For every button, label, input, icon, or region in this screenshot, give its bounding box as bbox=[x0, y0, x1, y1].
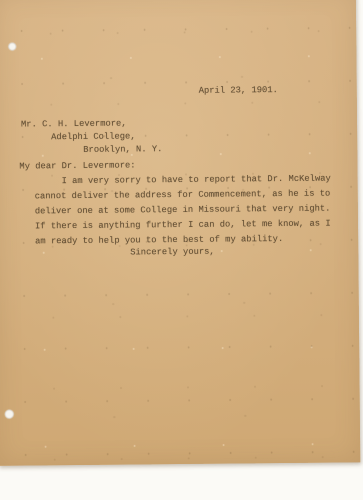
date-line: April 23, 1901. bbox=[199, 83, 278, 99]
closing-line: Sincerely yours, bbox=[130, 245, 215, 261]
letter-content: April 23, 1901. Mr. C. H. Levermore, Ade… bbox=[0, 0, 358, 464]
salutation-line: My dear Dr. Levermore: bbox=[19, 158, 135, 174]
letter-photo: April 23, 1901. Mr. C. H. Levermore, Ade… bbox=[0, 0, 363, 500]
punch-hole-top bbox=[8, 43, 16, 51]
recipient-city-line: Brooklyn, N. Y. bbox=[83, 142, 162, 158]
letter-body: I am very sorry to have to report that D… bbox=[34, 171, 337, 249]
punch-hole-bottom bbox=[5, 410, 14, 419]
letter-paper: April 23, 1901. Mr. C. H. Levermore, Ade… bbox=[0, 0, 360, 466]
body-line: If there is anything further I can do, l… bbox=[35, 216, 337, 234]
